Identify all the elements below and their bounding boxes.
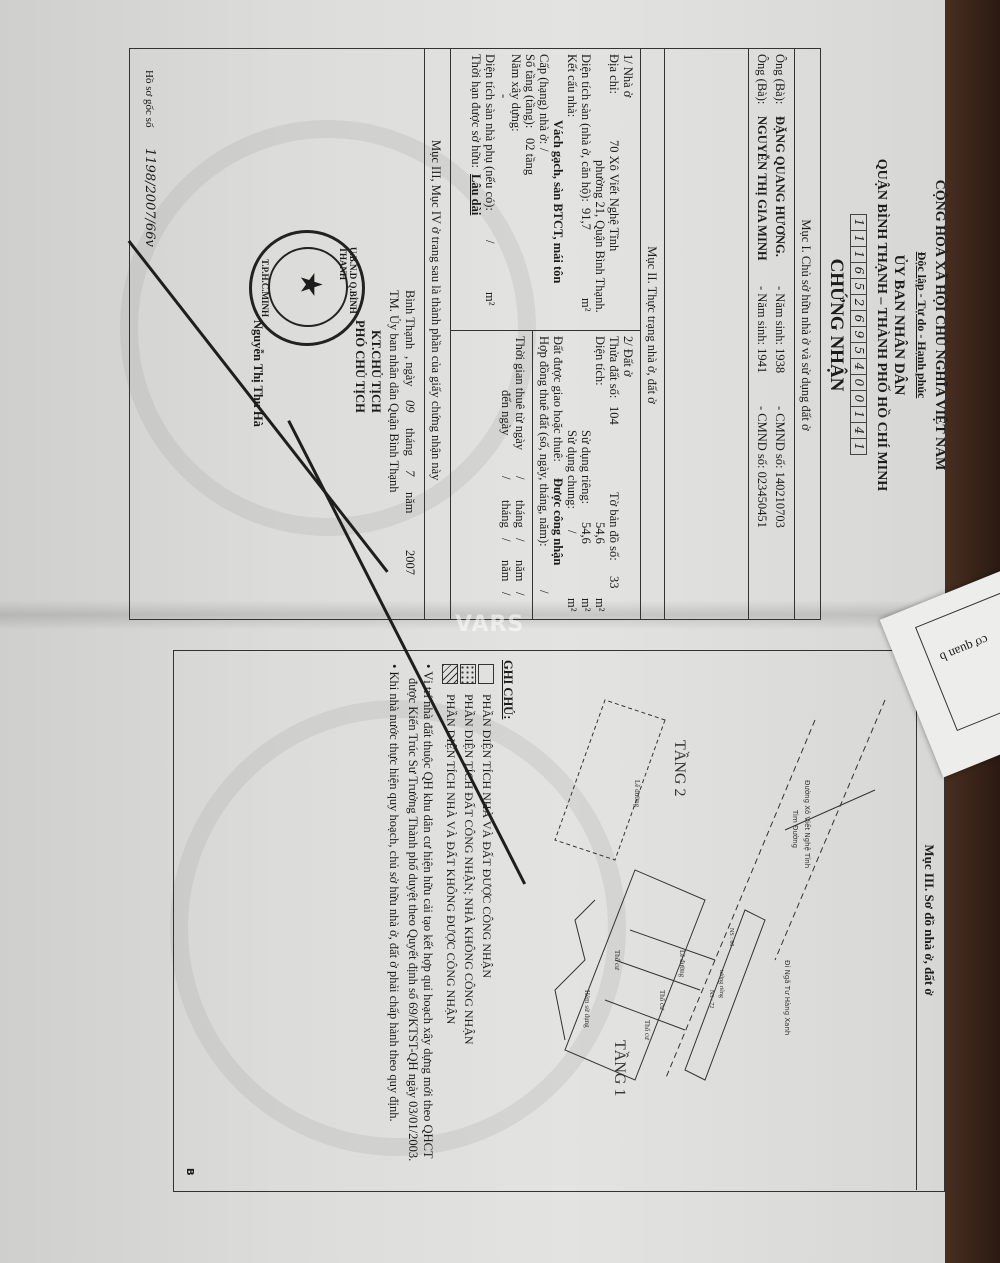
area-label: Diện tích: <box>592 336 607 386</box>
svg-text:Tim Đường: Tim Đường <box>791 809 799 848</box>
site-plan-drawing: Đi Ngã Tư Hàng Xanh Đường Xô Viết Nghệ T… <box>525 660 915 1190</box>
plot-label: Thửa đất số: <box>606 336 621 398</box>
private-use-label: Sử dụng riêng: <box>578 430 593 504</box>
certificate-number-digit: 2 <box>850 294 867 311</box>
svg-text:NS : 68: NS : 68 <box>728 928 734 946</box>
certificate-number-digit: 0 <box>850 374 867 391</box>
certificate-title: CHỨNG NHẬN <box>825 30 847 620</box>
private-use-unit: m² <box>578 598 593 611</box>
dotted-pattern-swatch <box>460 664 476 684</box>
record-value: 1198/2007/66v <box>142 148 157 247</box>
grade-label: Cấp (hạng) nhà ở: <box>536 54 551 144</box>
aux-area-unit: m² <box>482 292 497 305</box>
certificate-front-page: CỘNG HOÀ XÃ HỘI CHỦ NGHĨA VIỆT NAM Độc l… <box>125 30 955 620</box>
map-sheet-value: 33 <box>606 576 621 589</box>
certificate-number-digit: 1 <box>850 230 867 247</box>
aux-area-value: / <box>482 240 497 243</box>
certificate-number-digit: 1 <box>850 406 867 423</box>
vars-watermark: VARS <box>455 612 524 637</box>
lease-to-year: / <box>498 592 513 595</box>
svg-text:Thổ cư: Thổ cư <box>658 990 666 1010</box>
certificate-number: 111652695400141 <box>850 215 867 455</box>
certificate-number-digit: 5 <box>850 278 867 295</box>
ownership-term-value: Lâu dài <box>468 174 483 215</box>
address-label: Địa chỉ: <box>606 54 621 94</box>
shared-use-unit: m² <box>564 598 579 611</box>
lease-to-label: đến ngày <box>498 390 513 435</box>
owner1-birth-year: - Năm sinh: 1938 <box>772 286 787 373</box>
seal-text: U.B.N.D Q.BÌNH THẠNH <box>338 247 358 343</box>
lease-from-month: / <box>512 538 527 541</box>
divider <box>916 650 917 1190</box>
certificate-number-digit: 6 <box>850 262 867 279</box>
scale-marker: B <box>184 1168 195 1176</box>
national-motto: CỘNG HOÀ XÃ HỘI CHỦ NGHĨA VIỆT NAM <box>931 30 947 620</box>
owner1-name: ĐẶNG QUANG HƯƠNG. <box>772 116 787 257</box>
month-value: 7 <box>402 470 417 476</box>
certificate-spread: CỘNG HOÀ XÃ HỘI CHỦ NGHĨA VIỆT NAM Độc l… <box>0 0 945 1263</box>
divider <box>794 48 795 620</box>
svg-text:Thổ cư: Thổ cư <box>643 1020 651 1040</box>
month-label: tháng <box>402 428 417 456</box>
svg-text:TẦNG 1: TẦNG 1 <box>611 1040 630 1096</box>
certificate-number-digit: 1 <box>850 246 867 263</box>
lease-contract-value: / <box>536 590 551 593</box>
owner2-name: NGUYỄN THỊ GIA MINH <box>754 116 769 261</box>
address-line1: 70 Xô Viết Nghệ Tĩnh <box>606 140 621 251</box>
lease-from-year: / <box>512 592 527 595</box>
note-item: • Vị trí nhà đất thuộc QH khu dân cư hiệ… <box>405 664 435 1174</box>
column-divider <box>451 330 641 331</box>
private-use-value: 54,6 <box>578 522 593 544</box>
lease-to-month-label: tháng <box>498 500 513 528</box>
divider <box>424 48 425 620</box>
lease-contract-label: Hợp đồng thuê đất (số, ngày, tháng, năm)… <box>536 336 551 547</box>
svg-text:TẦNG 2: TẦNG 2 <box>671 740 690 796</box>
divider <box>640 48 641 620</box>
owner2-id: - CMND số: 023450451 <box>754 406 769 528</box>
floors-label: Số tầng (tầng): <box>522 54 537 128</box>
certificate-number-digit: 4 <box>850 422 867 439</box>
aux-area-label: Diện tích sàn nhà phụ (nếu có): <box>482 54 497 211</box>
land-title: 2/ Đất ở <box>620 336 635 377</box>
certificate-number-digit: 1 <box>850 214 867 231</box>
svg-text:Đi Ngã Tư Hàng Xanh: Đi Ngã Tư Hàng Xanh <box>783 960 791 1035</box>
floor-area-value: 91,7 <box>578 208 593 230</box>
build-year-label: Năm xây dựng: <box>508 54 523 132</box>
authority-line2: QUẬN BÌNH THẠNH – THÀNH PHỐ HỒ CHÍ MINH <box>873 30 889 620</box>
legend-heading: GHI CHÚ: <box>500 660 515 719</box>
sign-title-1: KT.CHỦ TỊCH <box>368 330 383 413</box>
map-sheet-label: Tờ bản đồ số: <box>606 492 621 561</box>
certificate-number-digit: 6 <box>850 310 867 327</box>
lease-from-day: / <box>512 476 527 479</box>
divider <box>532 330 533 620</box>
certificate-number-digit: 4 <box>850 358 867 375</box>
svg-text:NS : 72: NS : 72 <box>708 990 714 1008</box>
allocation-label: Đất được giao hoặc thuê: <box>550 336 565 462</box>
year-label: năm <box>402 492 417 514</box>
owner1-id: - CMND số: 140210703 <box>772 406 787 528</box>
shared-use-label: Sử dụng chung: <box>564 430 579 509</box>
svg-text:Thổ cư: Thổ cư <box>613 950 621 970</box>
divider <box>748 48 749 620</box>
lease-to-day: / <box>498 476 513 479</box>
legend-text: PHẦN DIỆN TÍCH ĐẤT CÔNG NHẬN; NHÀ KHÔNG … <box>461 694 476 1045</box>
divider <box>664 48 665 620</box>
certificate-number-digit: 5 <box>850 342 867 359</box>
star-icon: ★ <box>293 271 328 298</box>
blank-pattern-swatch <box>478 664 494 684</box>
legend-text: PHẦN DIỆN TÍCH NHÀ VÀ ĐẤT ĐƯỢC CÔNG NHẬN <box>479 694 494 978</box>
floor-area-unit: m² <box>578 298 593 311</box>
certificate-number-digit: 0 <box>850 390 867 407</box>
area-value: 54,6 <box>592 522 607 544</box>
lease-to-month: / <box>498 538 513 541</box>
svg-text:Hẻm sử dụng: Hẻm sử dụng <box>583 990 591 1028</box>
section2-heading: Mục II. Thực trạng nhà ở, đất ở <box>644 30 659 620</box>
allocation-value: Được công nhận <box>550 478 565 565</box>
floors-value: 02 tầng <box>522 138 537 175</box>
national-submotto: Độc lập - Tự do - Hạnh phúc <box>914 30 929 620</box>
year-value: 2007 <box>402 550 417 575</box>
day-label: , ngày <box>402 356 417 387</box>
lease-from-label: Thời gian thuê từ ngày <box>512 336 527 450</box>
lease-from-month-label: tháng <box>512 500 527 528</box>
structure-label: Kết cấu nhà: <box>564 54 579 117</box>
plot-value: 104 <box>606 406 621 425</box>
owner1-prefix: Ông (Bà): <box>772 54 787 104</box>
authority-line1: ỦY BAN NHÂN DÂN <box>890 30 907 620</box>
structure-value: Vách gạch, sàn BTCT, mái tôn <box>550 120 565 283</box>
owner2-prefix: Ông (Bà): <box>754 54 769 104</box>
certificate-number-digit: 1 <box>850 438 867 455</box>
place-label: Bình Thạnh <box>402 290 417 349</box>
official-seal: ★ U.B.N.D Q.BÌNH THẠNH T.P.H.C.MINH <box>249 230 365 346</box>
owner2-birth-year: - Năm sinh: 1941 <box>754 286 769 373</box>
house-title: 1/ Nhà ở <box>620 54 635 97</box>
notes-list: • Vị trí nhà đất thuộc QH khu dân cư hiệ… <box>382 664 435 1174</box>
org-line: TM. Ủy ban nhân dân Quận Bình Thạnh <box>386 290 401 493</box>
footer-note: Mục III, Mục IV ở trang sau là thành phầ… <box>428 140 443 481</box>
svg-text:tường riêng: tường riêng <box>718 970 724 998</box>
build-year-value: - <box>496 94 511 98</box>
area-unit: m² <box>592 598 607 611</box>
address-line2: phường 21, Quận Bình Thạnh. <box>592 160 607 313</box>
divider <box>450 48 451 620</box>
record-label: Hồ sơ gốc số <box>143 70 155 127</box>
day-value: 09 <box>402 400 417 413</box>
shared-use-value: / <box>564 530 579 533</box>
hatched-pattern-swatch <box>442 664 458 684</box>
floor-area-label: Diện tích sàn (nhà ở, căn hộ): <box>578 54 593 202</box>
lease-from-year-label: năm <box>512 560 527 582</box>
ownership-term-label: Thời hạn được sở hữu: <box>468 54 483 168</box>
svg-text:Đường Xô Viết Nghệ Tĩnh: Đường Xô Viết Nghệ Tĩnh <box>803 780 811 868</box>
seal-bottom-text: T.P.H.C.MINH <box>260 259 270 317</box>
certificate-back-page: Mục III. Sơ đồ nhà ở, đất ở Đi Ngã Tư Hà… <box>115 640 945 1200</box>
lease-to-year-label: năm <box>498 560 513 582</box>
certificate-number-digit: 9 <box>850 326 867 343</box>
svg-text:Lề đường: Lề đường <box>633 780 641 808</box>
grade-value: / <box>536 148 551 151</box>
svg-text:Lề đường: Lề đường <box>678 950 686 978</box>
note-item: • Khi nhà nước thực hiện quy hoạch, chủ … <box>386 664 401 1174</box>
section1-heading: Mục I. Chủ sở hữu nhà ở và sử dụng đất ở <box>798 30 813 620</box>
